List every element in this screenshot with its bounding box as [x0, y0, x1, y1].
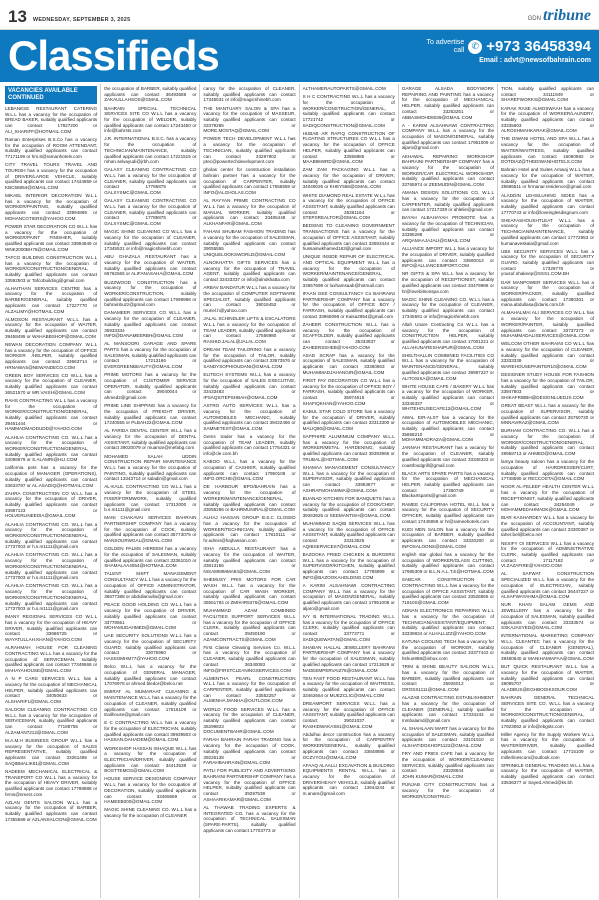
classified-ad: RAHS CONTRACTING W.L.L has a vacancy for…: [5, 398, 97, 432]
classified-ad: GREAT BEAST W.L.L has a vacancy for the …: [501, 403, 594, 426]
classified-ad: ABU GHAZALA RESTAURANT has a vacancy for…: [104, 254, 196, 277]
classified-ad: GREEN BOY SERVICES CO W.L.L has a vacanc…: [5, 373, 97, 396]
classified-ad: ALMENTHA PEARL CONSTRUCTION W.L.L has a …: [203, 676, 295, 705]
classified-ad: HUBAB AR RAFIQ CONSTRUCTION OF FLOATING …: [303, 131, 395, 165]
classified-ad: FAHANI SHUBAM FASHION TRADING has a vaca…: [203, 229, 295, 258]
classified-ad: ALHAITHAN SERVICES CENTRE has a vacancy …: [5, 286, 97, 315]
call-label-line2: call: [427, 47, 465, 55]
classified-ad: Belco W.L.L has a vacancy for the occupa…: [104, 664, 196, 687]
classified-ad: ZAHRA CONSTRUCTION CO W.L.L has a vacanc…: [5, 491, 97, 520]
classified-ad: california pets has a vacancy for the oc…: [5, 465, 97, 488]
column-1: VACANCIES AVAILABLE CONTINUED LEBANESE R…: [2, 84, 101, 898]
classified-ad: A N P CARS SERVICES W.L.L has a vacancy …: [5, 676, 97, 705]
phone-number[interactable]: +973 36458394: [486, 38, 591, 55]
advertise-contact: To advertise call ✆ +973 36458394 Email …: [427, 38, 591, 64]
classified-ad: AL RAYYAN PRIME CONTRACTING CO W.L.L has…: [203, 198, 295, 227]
classified-ad: SHABAN HALLAL JEWELLERY BAHRAINI PARTNER…: [303, 645, 395, 674]
classified-ad: BLACK ARTS SPARE PARTS has a vacancy for…: [402, 471, 494, 500]
classified-ad: Raman Enterprises B.S.Co has a vacancy f…: [5, 137, 97, 160]
classifieds-columns: VACANCIES AVAILABLE CONTINUED LEBANESE R…: [2, 84, 597, 898]
classified-ad: ALMAHALMAI ALI SERVICES CO W.L.L has a v…: [501, 310, 594, 339]
classified-ad: A - KARIM ALSAHNAWI CONTRACTING COMPANY …: [402, 123, 494, 152]
classified-ad: ELITECH SYSTEMS W.L.L has a vacancy for …: [203, 372, 295, 401]
classified-ad: IFAAN GEE CONSULTANCY Co BAHRAINI PARTNE…: [303, 291, 395, 320]
classified-ad: EMIRAT AL MUMARAAT CLEANING & MAINTENANC…: [104, 689, 196, 718]
classified-ad: PRIME LINE SHIPPING has a vacancy for th…: [104, 403, 196, 426]
classified-ad: ALTHAMERAUTOPARTS@GMAIL.COM: [303, 86, 395, 92]
classified-ad: Miller Agency for the Supply Workers W.L…: [501, 732, 594, 761]
classified-ad: NOOR AL-FELEEF HEALTH CENTER W.L.L has a…: [501, 484, 594, 513]
classified-ad: ASTRO AUTO SERVICES W.L.L has a vacancy …: [203, 403, 295, 432]
classified-ad: MAGIC SHINE CLEANING CO. W.L.L has a vac…: [104, 807, 196, 818]
classified-ad: THE DIWANI HOTEL AND SPA W.L.L has a vac…: [501, 136, 594, 165]
classified-ad: BUANAD KITCHEN FOR BANQUETS has a vacanc…: [303, 496, 395, 519]
column-5: GARAGE ALSADA BODYWORK REPAIRING AND PAI…: [399, 84, 498, 898]
classified-ad: BAYAH ALBAHAYAH PROMOTE has a vacancy fo…: [402, 215, 494, 244]
classified-ad: DREAM TEAM TAILORING has a vacancy for t…: [203, 347, 295, 370]
classified-ad: BAHRAIN SPECIAL TECHNICAL SERVICES SITE …: [104, 106, 196, 135]
classified-ad: JANNAH RESTAURANT has a vacancy for the …: [402, 445, 494, 468]
classified-ad: GARAGE ALSADA BODYWORK REPAIRING AND PAI…: [402, 86, 494, 120]
classified-ad: E C CONTRACTING W.L.L has a vacancy for …: [104, 720, 196, 743]
classified-ad: KABUL STAR COLD STORE has a vacancy for …: [303, 409, 395, 432]
brand-prefix: GDN: [528, 16, 541, 22]
classified-ad: english star global has a vacancy for th…: [402, 552, 494, 575]
classified-ad: ALHAJ HASSAN GROUP B.S.C CLOSED has a va…: [203, 515, 295, 544]
classified-ad: AMANA DESIGN SOLUTIONS CO. W.L.L has a v…: [402, 190, 494, 213]
phone-icon: ✆: [468, 40, 482, 54]
classified-ad: ALAHLIA CONTRACTING CO. W.L.L has a vaca…: [5, 552, 97, 581]
classified-ad: KATUNA COOLING TECH has a vacancy for th…: [402, 639, 494, 662]
classified-ad: KARAK RASE ALMOSWAAH has a vacancy for t…: [501, 106, 594, 135]
classified-ad: ZAM ZAM PACKAGING W.L.L has a vacancy fo…: [303, 167, 395, 190]
classifieds-banner: Classifieds To advertise call ✆ +973 364…: [0, 30, 599, 82]
section-title: Classifieds: [8, 34, 219, 78]
classified-ad: SHELTHALLIN COMBINED FACILITIES CO W.L.L…: [402, 353, 494, 382]
classified-ad: AL MANSOORI GARAGE AND SPARE PARTS has a…: [104, 341, 196, 370]
classified-ad: MANI CHAKAVAI SERVICES BAHRAIN PARTNERSH…: [104, 515, 196, 544]
classified-ad: Gems trader has a vacancy for the occupa…: [203, 434, 295, 457]
classified-ad: BEDSING TO CLEANING GOVERNMENT TRANSACTI…: [303, 223, 395, 252]
classified-ad: PATLI FOR PUBLICITY AND ADVERTISING BAHR…: [203, 768, 295, 802]
classified-ad: WHITE DIAMOND REAL ESTATE W.L.L has a va…: [303, 193, 395, 222]
classified-ad: HOUSE SERVICE DESIGNING COMPANY W.L.L ha…: [104, 776, 196, 805]
classified-ad: DESIGNER STUDY HOUSE FOR FASHION has a v…: [501, 372, 594, 401]
classified-ad: SHAMAA MANAGEMENT CONSULTANCY W.L.L has …: [303, 465, 395, 494]
classified-ad: IBAR KASHARDEY W.L.L has a vacancy for t…: [501, 515, 594, 538]
column-6: TION, suitably qualified applicants can …: [498, 84, 597, 898]
classified-ad: AL SAFWAT CONSTRUCTION SPECIALIZED W.L.L…: [501, 571, 594, 600]
classified-ad: ALAHLIA CONTRACTING CO. W.L.L has a vaca…: [5, 435, 97, 464]
masthead-logo: GDN tribune: [528, 7, 591, 25]
call-label: To advertise call: [427, 39, 465, 54]
classified-ad: NADEEM MECHANICAL ELECTRICAL & TRANSPORT…: [5, 769, 97, 798]
classified-ad: DANAMEER SERVICES CO W.L.L has a vacancy…: [104, 310, 196, 339]
call-label-line1: To advertise: [427, 39, 465, 47]
classified-ad: NR GIFTS & SPA W.L.L has a vacancy for t…: [402, 271, 494, 294]
classified-ad: WELCOM OTHER BAHRAINI CO W.L.L has a vac…: [501, 341, 594, 370]
classified-ad: AL THAWAB TRADING EXPERTS & INTEGRATED C…: [203, 805, 295, 834]
classified-ad: TEN FAST FOOD RESTAURANT W.L.L has a vac…: [303, 676, 395, 699]
classified-ad: FIRST PAY DECORATION CO W.L.L has a vaca…: [303, 378, 395, 407]
issue-date: WEDNESDAY, SEPTEMBER 3, 2025: [33, 17, 130, 23]
classified-ad: AL-KALIL CONTRACTING CO W.L.L has a vaca…: [104, 484, 196, 513]
classified-ad: SAPPHIRE ALUMINIUM COMPANY W.L.L has a v…: [303, 434, 395, 463]
column-3: cancy for the occupation of CLEANER, sui…: [200, 84, 299, 898]
advertise-email[interactable]: Email : advt@newsofbahrain.com: [427, 57, 591, 64]
column-2: the occupation of BARBER, suitably quali…: [101, 84, 200, 898]
classified-ad: ISHA ABDULLA RESTAURANT has a vacancy fo…: [203, 546, 295, 575]
section-heading: VACANCIES AVAILABLE CONTINUED: [5, 86, 97, 104]
classified-ad: AKHAWAL REPAIRING WORKSHOP BAHRAINI PART…: [402, 154, 494, 188]
classified-ad: ADNAN ELECTRONICS REPAIRING W.L.L has a …: [402, 608, 494, 637]
classified-ad: ARBAV BANDATUR W.L.L has a vacancy for t…: [203, 285, 295, 314]
classified-ad: BUZZWOOD CONSTRUCTION has a vacancy for …: [104, 280, 196, 309]
classified-ad: DREAMPORT SERVICES W.L.L has a vacancy f…: [303, 701, 395, 730]
classified-ad: SALOOM CLEANING CONTRACTING CO W.L.L has…: [5, 707, 97, 736]
classified-ad: SHEAFASHOUSHTLEAT W.L.L has a vacancy fo…: [501, 218, 594, 247]
classified-ad: FRY AND FRIES CAFE has a vacancy for the…: [402, 751, 494, 780]
classified-ad: ALNOKHATTA GIFTS SERVICES has a vacancy …: [203, 260, 295, 283]
classified-ad: DAR MANPOWER SERVICES W.L.L has a vacanc…: [501, 280, 594, 309]
classified-ad: BUT QUICK RESTAURANT W.L.L has a vacancy…: [501, 664, 594, 693]
classified-ad: ALRAHMAH HOUSE FOR CLEANING CONTRACTING …: [5, 645, 97, 674]
classified-ad: SPRINKLE GENERAL TRADING W.L.L has a vac…: [501, 763, 594, 786]
classified-ad: UNIQUE INSIDE REPAIR OF ELECTRICAL AND O…: [303, 254, 395, 288]
classified-ad: POWER STAR DECORATION CO W.L.L has a vac…: [5, 224, 97, 253]
classified-ad: GALAXY CLEANING CONTRACTING CO W.L.L has…: [104, 198, 196, 227]
classified-ad: MOHAMED SALAH UDDIN CONSTRUCTION REPAIR …: [104, 454, 196, 483]
classified-ad: UBS SECURITY SERVICES W.L.L has a vacanc…: [501, 249, 594, 278]
classified-ad: ALADDIN LEHISLUHING SIDES has a vacancy …: [501, 193, 594, 216]
classified-ad: AWAL EIR-ALST has a vacancy for the occu…: [402, 415, 494, 444]
classified-ad: BURHAM CONTRACTING CO. W.L.L has a vacan…: [501, 428, 594, 457]
classified-ad: S H C CONTRACTING W.L.L has a vacancy fo…: [303, 94, 395, 128]
classified-ad: M.A.M.H BUSINESS GROUP W.L.L has a vacan…: [5, 738, 97, 767]
classified-ad: MAGIC SHINE CLEANING CO W.L.L has a vaca…: [104, 229, 196, 252]
classified-ad: NEWAN DECORATION COMPANY W.L.L has a vac…: [5, 342, 97, 371]
classified-ad: ALAHLIA CONTRACTING CO. W.L.L has a vaca…: [5, 522, 97, 551]
classified-ad: PUNJAB CITY CONSTRUCTION has a vacancy f…: [402, 782, 494, 799]
page-number: 13: [8, 8, 27, 25]
classified-ad: ASAD SCRAP has a vacancy for the occupat…: [303, 353, 395, 376]
brand-name: tribune: [543, 7, 591, 25]
classified-ad: INTERNATIONAL MARKETING COMPANY W.L.L CL…: [501, 633, 594, 662]
classified-ad: RAMEE CALIFORNIA HOTEL W.L.L has a vacan…: [402, 502, 494, 525]
classified-ad: SABCAR CONSTRUCTION & CONTRACTING W.L.L …: [402, 577, 494, 606]
classified-ad: lamya beauty saloon has a vacancy for th…: [501, 459, 594, 482]
classified-ad: TION, suitably qualified applicants can …: [501, 86, 594, 103]
classified-ad: Bahrain Hotel and Suites Amwaj W.L.L has…: [501, 167, 594, 190]
classified-ad: gholas center for construction installat…: [203, 167, 295, 196]
classified-ad: KABOO W.L.L has a vacancy for the occupa…: [203, 459, 295, 482]
classified-ad: TAFCO BUILDING CONSTRUCTION W.L.L has a …: [5, 255, 97, 284]
classified-ad: AL FARIDA DENTAL CENTER W.L.L has a vaca…: [104, 428, 196, 451]
classified-ad: THE MANTUARY SALON & SPA has a vacancy f…: [203, 106, 295, 135]
classified-ad: JALAL SCHINDLER LIFTS & ESCALATORS W.L.L…: [203, 316, 295, 345]
classified-ad: ZAHEER CONSTRUCTION W.L.L has a vacancy …: [303, 322, 395, 351]
classified-ad: CITY TRAVEL TOURS TRAVEL AND TOURISH has…: [5, 162, 97, 191]
classified-ad: IMANY REGIONAL SERVICES CO W.L.L has a v…: [5, 614, 97, 643]
classified-ad: ALAZAB CONTRACTING ESTABLISHMENT has a v…: [402, 695, 494, 724]
classified-ad: First Classe Cleaning Services Co. W.L.L…: [203, 645, 295, 674]
classified-ad: the occupation of BARBER, suitably quali…: [104, 86, 196, 103]
classified-ad: Abdulhai decor construction has a vacanc…: [303, 732, 395, 761]
classified-ad: DE HARBOUR BPO/BAHRAIN has a vacancy for…: [203, 484, 295, 513]
classified-ad: NEXIFY OI SERVICES W.L.L has a vacancy f…: [501, 541, 594, 570]
classified-ad: MAGIC SHINE CLEANING CO. W.L.L has a vac…: [402, 297, 494, 320]
classified-ad: SHEMUSY PRIX MOTORS FOR CAR WASH W.L.L h…: [203, 577, 295, 606]
classified-ad: FARAH BAHRAIN FARAH TRADING has a vacanc…: [203, 737, 295, 766]
classified-ad: GOLDEN PALMS HEREEM has a vacancy for th…: [104, 546, 196, 569]
classified-ad: WORKSHOP HASSAN ISHAQUE W.L.L has a vaca…: [104, 746, 196, 775]
classified-ad: NUR KHAN SALAM GEMS AND JEWELLERY has a …: [501, 602, 594, 631]
classified-ad: A KARIM ALSAHNAWI CONTRACTING COMPANY W.…: [303, 583, 395, 612]
classified-ad: MUHAMMAD AZAM COMBINED FACILITIES SUPPOR…: [203, 608, 295, 642]
classified-ad: PRIME MOTORS has a vacancy for the occup…: [104, 372, 196, 401]
classified-ad: MIKAEL INTERIOR DECORATION W.L.L has a v…: [5, 193, 97, 222]
classified-ad: ALMOSON RESTAURANT W.L.L has a vacancy f…: [5, 317, 97, 340]
classified-ad: AFAAQ ALAALLI EXCAVATION & BUILDING EQUI…: [303, 763, 395, 797]
classified-ad: cancy for the occupation of CLEANER, sui…: [203, 86, 295, 103]
classified-ad: IVY B INTERNATIONAL TRADING W.L.L has a …: [303, 614, 395, 643]
column-4: ALTHAMERAUTOPARTS@GMAIL.COMS H C CONTRAC…: [300, 84, 399, 898]
classified-ad: Allah Unare Contracting Co W.L.L has a v…: [402, 322, 494, 351]
classified-ad: GALAXY CLEANING CONTRACTING CO W.L.L has…: [104, 167, 196, 196]
classified-ad: AZLAN GENTS SALOON W.L.L has a vacancy f…: [5, 800, 97, 823]
classified-ad: LEBANESE RESTAURANT CATERING W.L.L has a…: [5, 106, 97, 135]
classified-ad: WHITE HOUSE CAFE / BAKERY W.L.L has a va…: [402, 384, 494, 413]
classified-ad: J.R. INTERNATIONAL B.S.C. has a vacancy …: [104, 136, 196, 165]
page-header: 13 WEDNESDAY, SEPTEMBER 3, 2025 GDN trib…: [0, 0, 599, 30]
classified-ad: TALENT SHIFT MANAGEMENT CONSULTANCY W.L.…: [104, 571, 196, 600]
classified-ad: BAZOOKA FRIED CHICKEN & BURGERS W.L.L ha…: [303, 552, 395, 581]
classified-ad: TRIM & SHINE BEAUTY SALOON W.L.L has a v…: [402, 664, 494, 693]
classified-ad: ALAHLIA CONTRACTING CO. W.L.L has a vaca…: [5, 583, 97, 612]
classified-ad: WORLD FOOD SERVICES W.L.L has a vacancy …: [203, 707, 295, 736]
classified-ad: POWER TECH DEVELOPMENT W.L.L has a vacan…: [203, 136, 295, 165]
classified-ad: AL SHAHLAAN MART has a vacancy for the o…: [402, 726, 494, 749]
classified-ad: PEACE GOOD HOLDING CO W.L.L has a vacanc…: [104, 602, 196, 631]
classified-ad: BAHRAIN GENERAL TECHNICAL SERVICES SITE …: [501, 695, 594, 729]
classified-ad: MUHAMMAD SAQIB SERVICES W.L.L has a vaca…: [303, 521, 395, 550]
classified-ad: ALLIANCE IMPORT W.L.L has a vacancy for …: [402, 246, 494, 269]
classified-ad: KUDI MEN SALON has a vacancy for the occ…: [402, 527, 494, 550]
classified-ad: UAE SECURITY SOLUTIONS W.L.L has a vacan…: [104, 633, 196, 662]
